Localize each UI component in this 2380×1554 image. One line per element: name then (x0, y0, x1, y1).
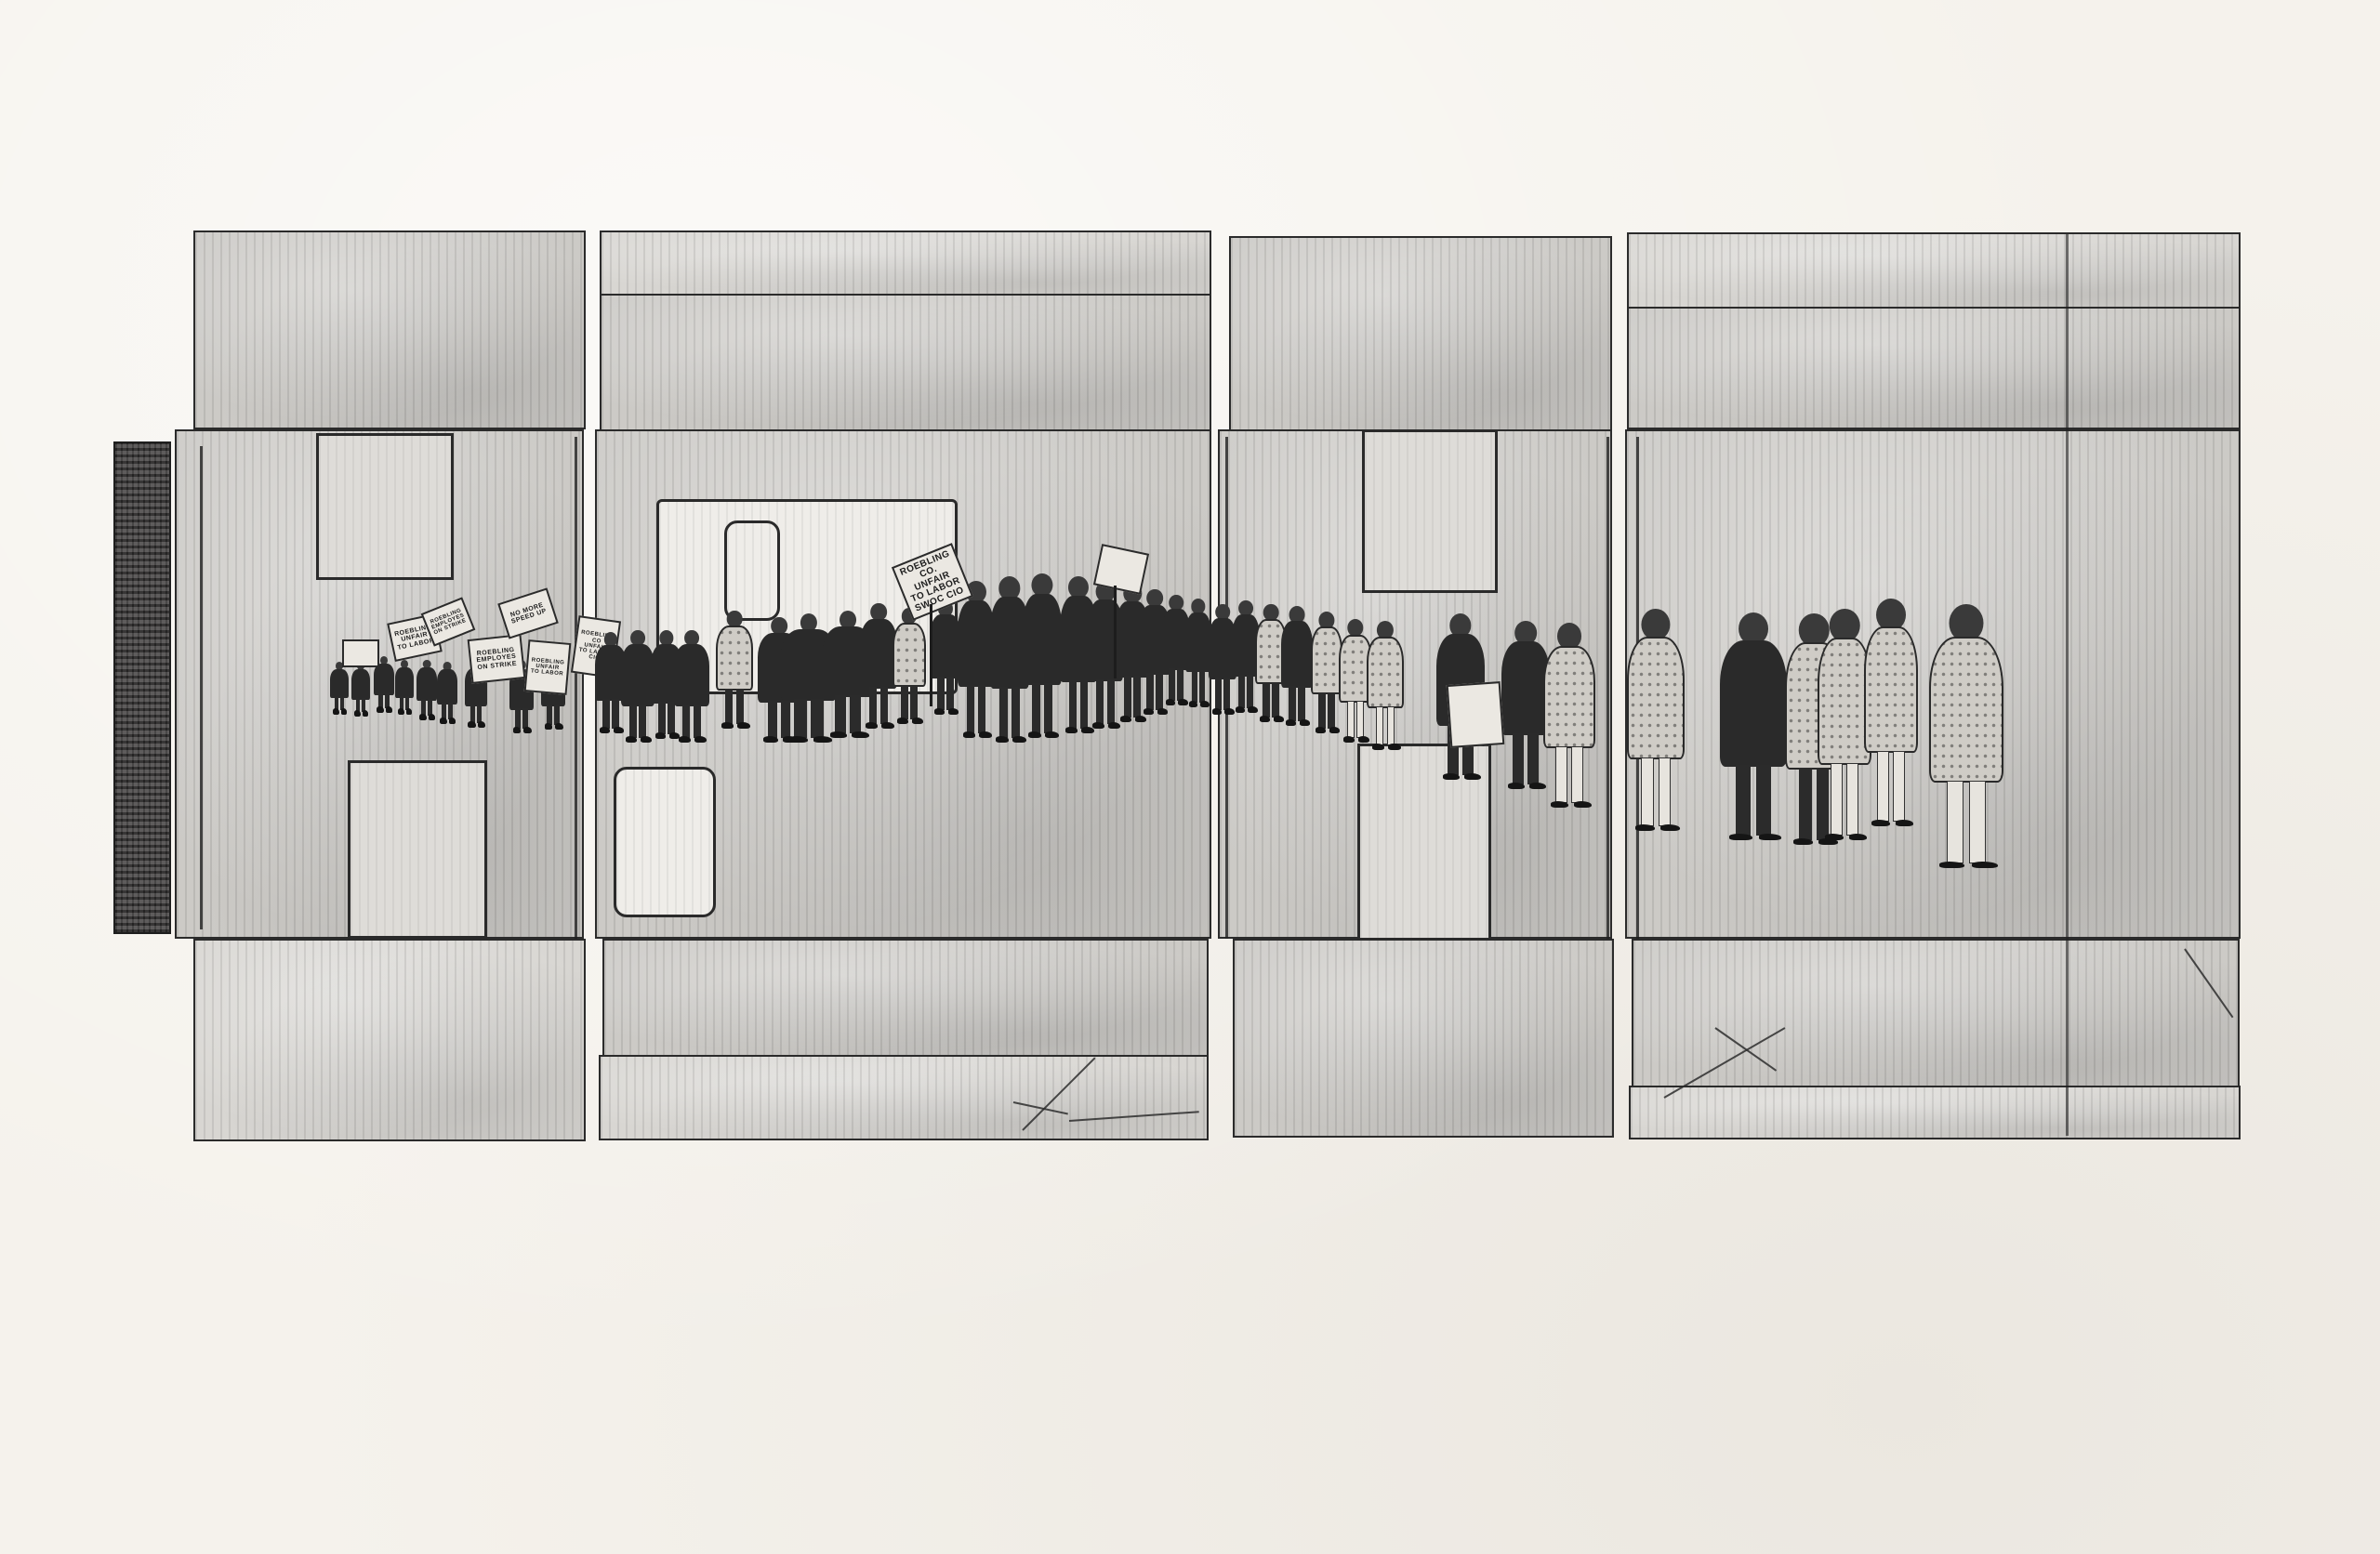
panel-1-top-flap (193, 230, 586, 429)
panel-2-lower (602, 939, 1209, 1058)
fold-line (2066, 234, 2069, 1136)
fold-line (1636, 437, 1639, 939)
fold-line (1225, 437, 1228, 939)
panel-3-top-flap (1229, 236, 1612, 431)
panel-2-inner-window (724, 520, 780, 621)
panel-2-bottom-flap (599, 1055, 1209, 1140)
panel-3-bottom-flap (1233, 939, 1614, 1138)
panel-4-lower (1632, 939, 2240, 1092)
panel-3-window-bottom (1357, 744, 1491, 941)
panel-2-large-window (656, 499, 958, 694)
cardboard-print: ROEBLINGUNFAIRTO LABORROEBLINGEMPLOYESON… (0, 0, 2380, 1554)
panel-1-bottom-flap (193, 939, 586, 1141)
panel-1-window-top (316, 433, 454, 580)
panel-2-window-bottom (614, 767, 716, 917)
fold-line (200, 446, 203, 929)
glue-flap-strip (113, 441, 171, 934)
panel-4-top-flap (1627, 232, 2241, 309)
panel-4-body (1625, 429, 2241, 939)
fold-line (575, 437, 577, 939)
fold-line (1606, 437, 1609, 939)
panel-1-window-bottom (348, 760, 487, 939)
panel-2-top-flap (600, 230, 1211, 296)
panel-2-upper (600, 294, 1211, 431)
panel-3-window-top (1362, 429, 1498, 593)
panel-4-upper (1627, 307, 2241, 429)
panel-4-bottom-flap (1629, 1086, 2241, 1139)
